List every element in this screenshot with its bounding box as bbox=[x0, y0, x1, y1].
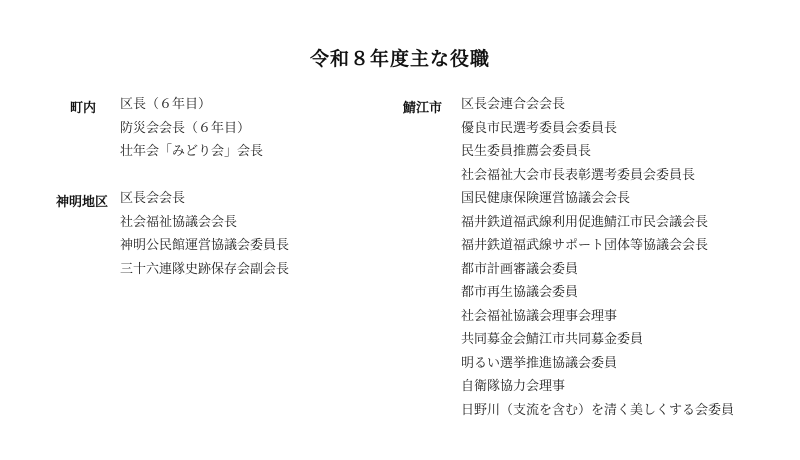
list-item: 社会福祉協議会会長 bbox=[120, 215, 289, 239]
group-label: 鯖江市 bbox=[403, 97, 442, 116]
list-item: 区長会連合会会長 bbox=[461, 97, 734, 121]
list-item: 日野川（支流を含む）を清く美しくする会委員 bbox=[461, 403, 734, 427]
role-list: 区長会会長 社会福祉協議会会長 神明公民館運営協議会委員長 三十六連隊史跡保存会… bbox=[120, 191, 289, 285]
list-item: 都市計画審議会委員 bbox=[461, 262, 734, 286]
list-item: 壮年会「みどり会」会長 bbox=[120, 144, 263, 168]
list-item: 民生委員推薦会委員長 bbox=[461, 144, 734, 168]
role-list: 区長会連合会会長 優良市民選考委員会委員長 民生委員推薦会委員長 社会福祉大会市… bbox=[461, 97, 734, 426]
list-item: 自衛隊協力会理事 bbox=[461, 379, 734, 403]
group-chounai: 町内 区長（６年目） 防災会会長（６年目） 壮年会「みどり会」会長 bbox=[56, 97, 356, 177]
list-item: 社会福祉大会市長表彰選考委員会委員長 bbox=[461, 168, 734, 192]
list-item: 都市再生協議会委員 bbox=[461, 285, 734, 309]
list-item: 神明公民館運営協議会委員長 bbox=[120, 238, 289, 262]
list-item: 三十六連隊史跡保存会副会長 bbox=[120, 262, 289, 286]
group-shinmei-district: 神明地区 区長会会長 社会福祉協議会会長 神明公民館運営協議会委員長 三十六連隊… bbox=[56, 191, 356, 291]
group-sabae-city: 鯖江市 区長会連合会会長 優良市民選考委員会委員長 民生委員推薦会委員長 社会福… bbox=[403, 97, 783, 437]
roles-document: 令和８年度主な役職 町内 区長（６年目） 防災会会長（６年目） 壮年会「みどり会… bbox=[0, 0, 800, 460]
list-item: 福井鉄道福武線サポート団体等協議会会長 bbox=[461, 238, 734, 262]
page-title: 令和８年度主な役職 bbox=[0, 44, 800, 71]
list-item: 福井鉄道福武線利用促進鯖江市民会議会長 bbox=[461, 215, 734, 239]
list-item: 区長（６年目） bbox=[120, 97, 263, 121]
list-item: 優良市民選考委員会委員長 bbox=[461, 121, 734, 145]
group-label: 神明地区 bbox=[56, 191, 108, 210]
list-item: 区長会会長 bbox=[120, 191, 289, 215]
list-item: 社会福祉協議会理事会理事 bbox=[461, 309, 734, 333]
role-list: 区長（６年目） 防災会会長（６年目） 壮年会「みどり会」会長 bbox=[120, 97, 263, 168]
list-item: 国民健康保険運営協議会会長 bbox=[461, 191, 734, 215]
list-item: 明るい選挙推進協議会委員 bbox=[461, 356, 734, 380]
list-item: 防災会会長（６年目） bbox=[120, 121, 263, 145]
list-item: 共同募金会鯖江市共同募金委員 bbox=[461, 332, 734, 356]
group-label: 町内 bbox=[70, 97, 96, 116]
